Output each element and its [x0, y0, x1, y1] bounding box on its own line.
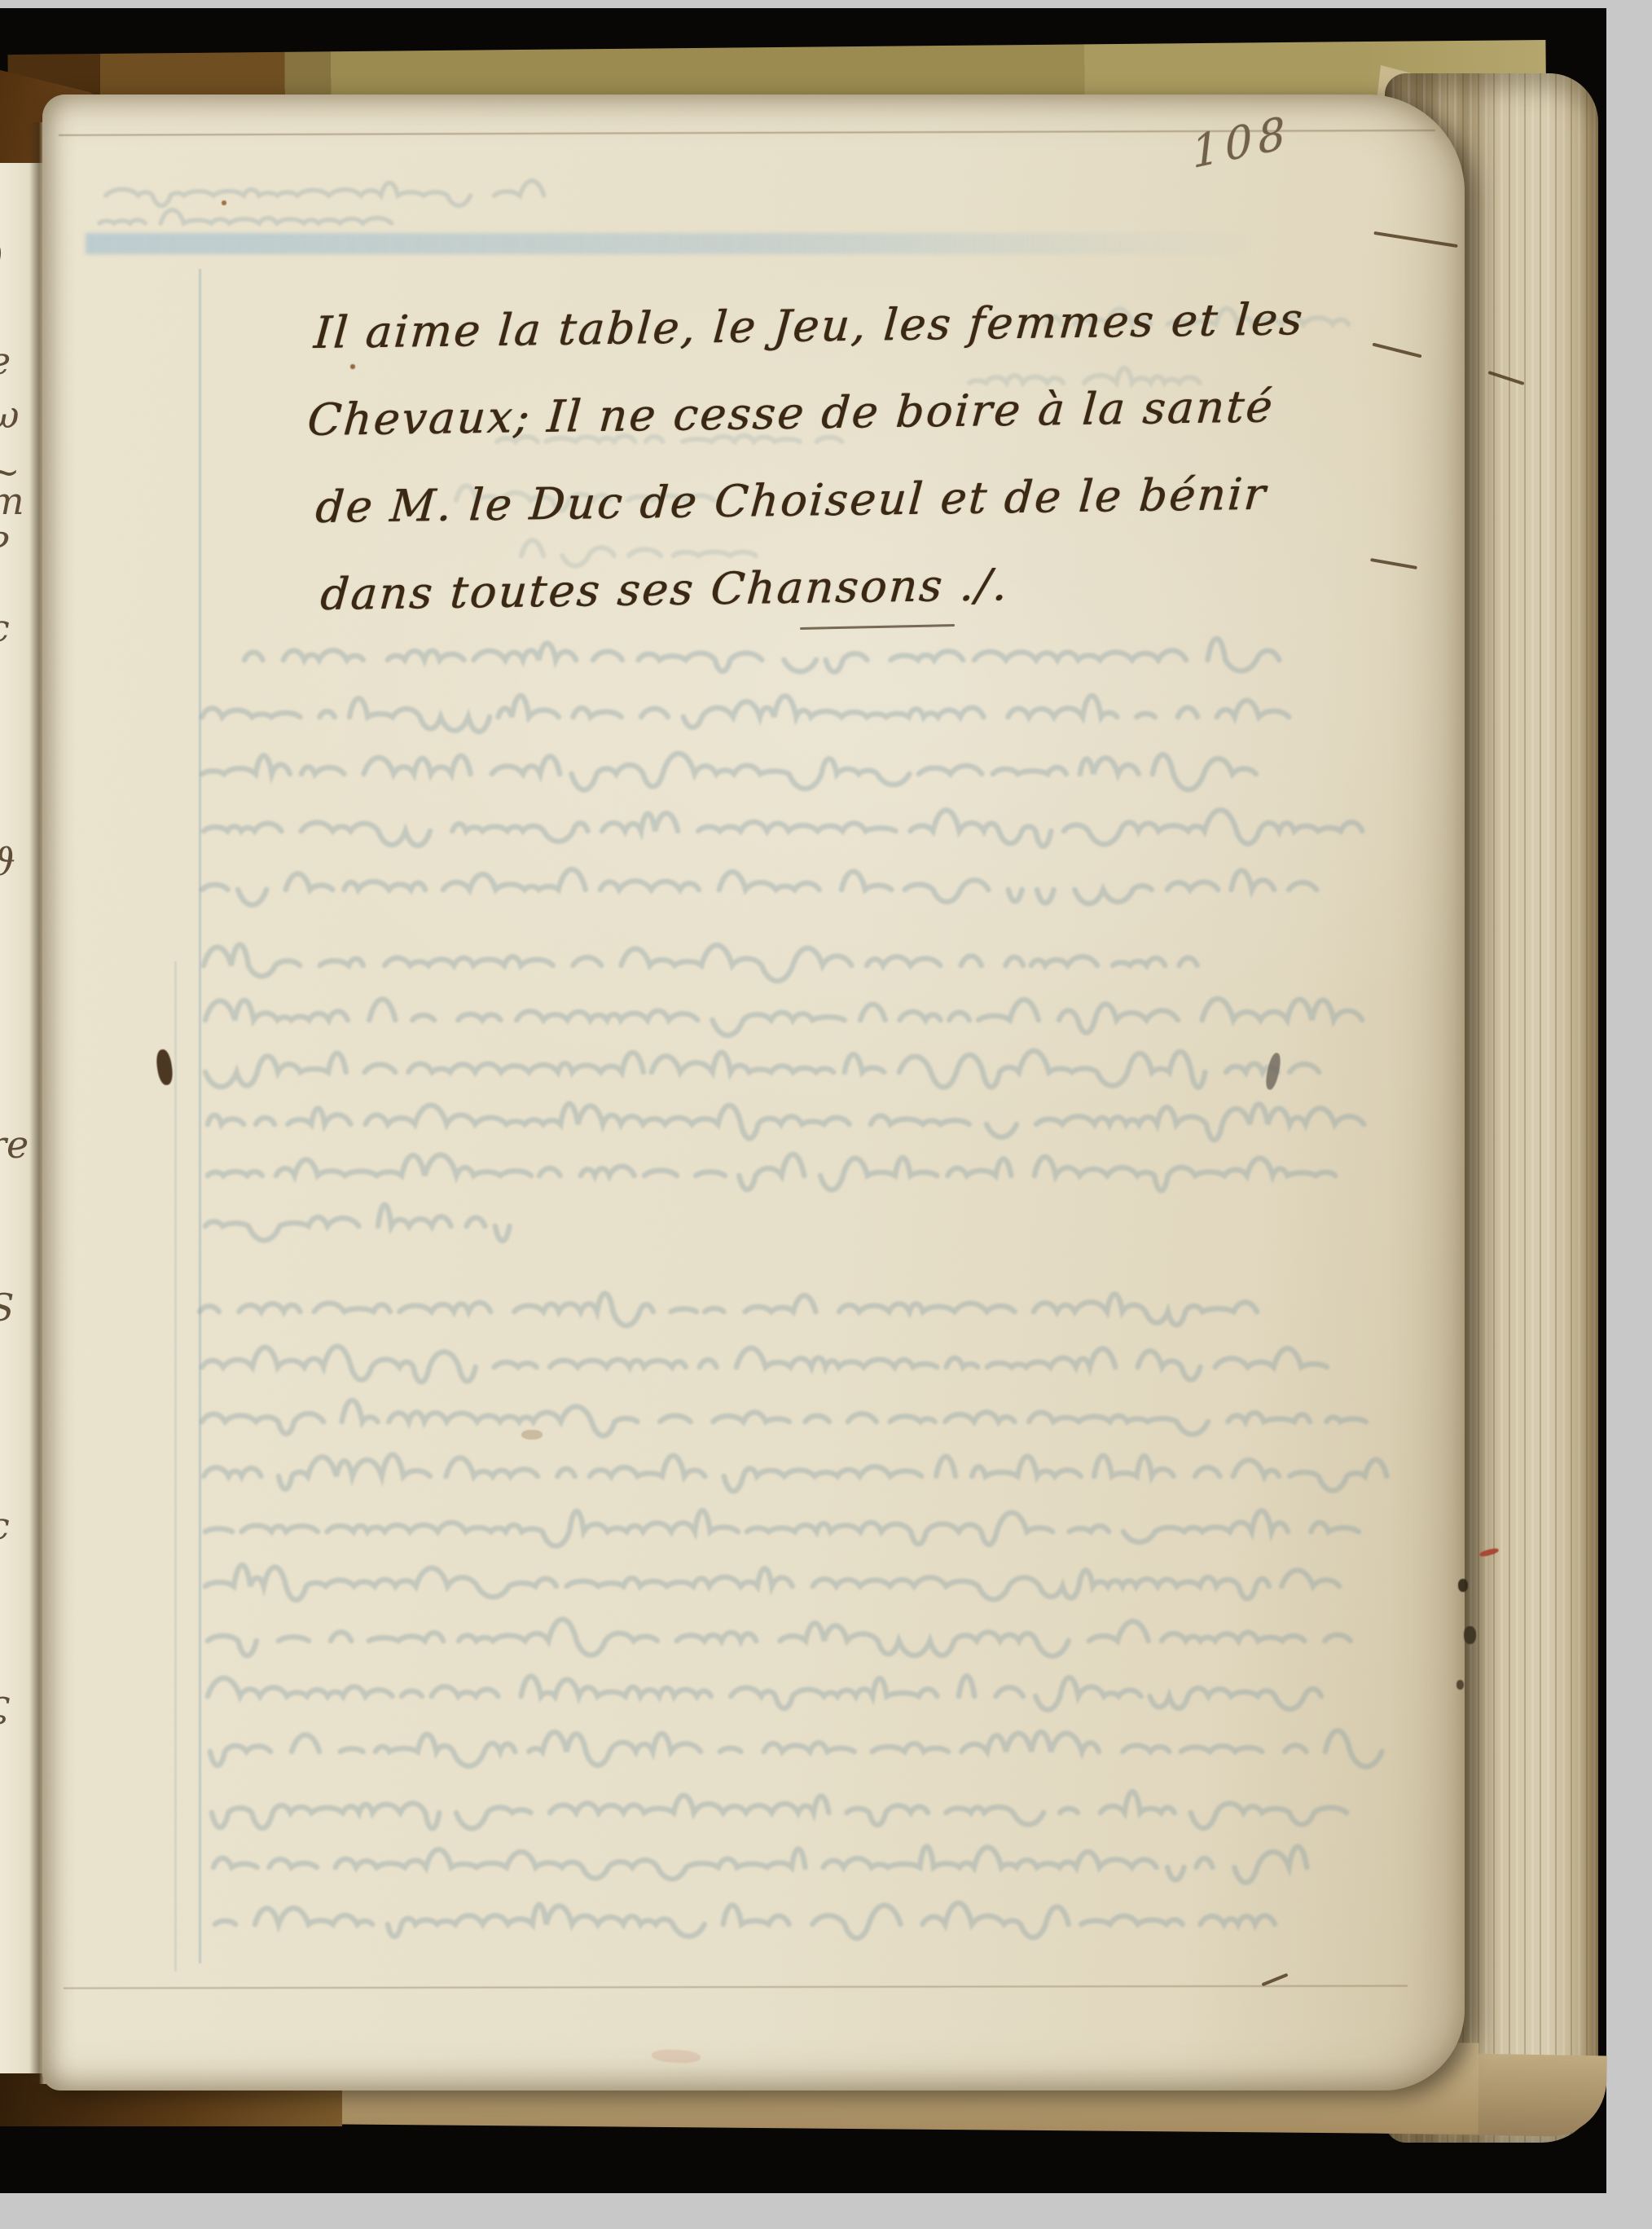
ink-speck	[1464, 1626, 1476, 1644]
previous-page-text-fragment: c	[0, 609, 10, 647]
previous-page-text-fragment: S	[0, 1289, 15, 1326]
previous-page-text-fragment: )	[0, 238, 3, 275]
scanned-manuscript-scene: )eω~m?cϑreScς· 108 Il aime la table, le …	[0, 0, 1652, 2229]
previous-page-text-fragment: ω	[0, 396, 20, 433]
bleedthrough-margin-line	[199, 269, 201, 1963]
previous-page-text-fragment: ·	[0, 1835, 1, 1872]
ink-speck	[222, 200, 226, 205]
previous-page-text-fragment: ς	[0, 1685, 10, 1722]
previous-page-text-fragment: c	[0, 1507, 10, 1545]
previous-page-text-fragment: m	[0, 482, 24, 520]
previous-page-text-fragment: e	[0, 342, 11, 380]
previous-page-text-fragment: ?	[0, 528, 9, 565]
handwriting-line-4: dans toutes ses Chansons ./.	[319, 560, 1010, 620]
previous-page-text-fragment: re	[0, 1126, 29, 1163]
ink-speck	[1456, 1680, 1464, 1690]
bleedthrough-header-band	[86, 233, 1259, 254]
bleedthrough-margin-line-2	[174, 961, 177, 1972]
previous-page-text-fragment: ϑ	[0, 843, 15, 881]
ink-speck	[1458, 1579, 1468, 1592]
ink-speck	[521, 1430, 543, 1440]
ink-speck	[350, 364, 355, 369]
